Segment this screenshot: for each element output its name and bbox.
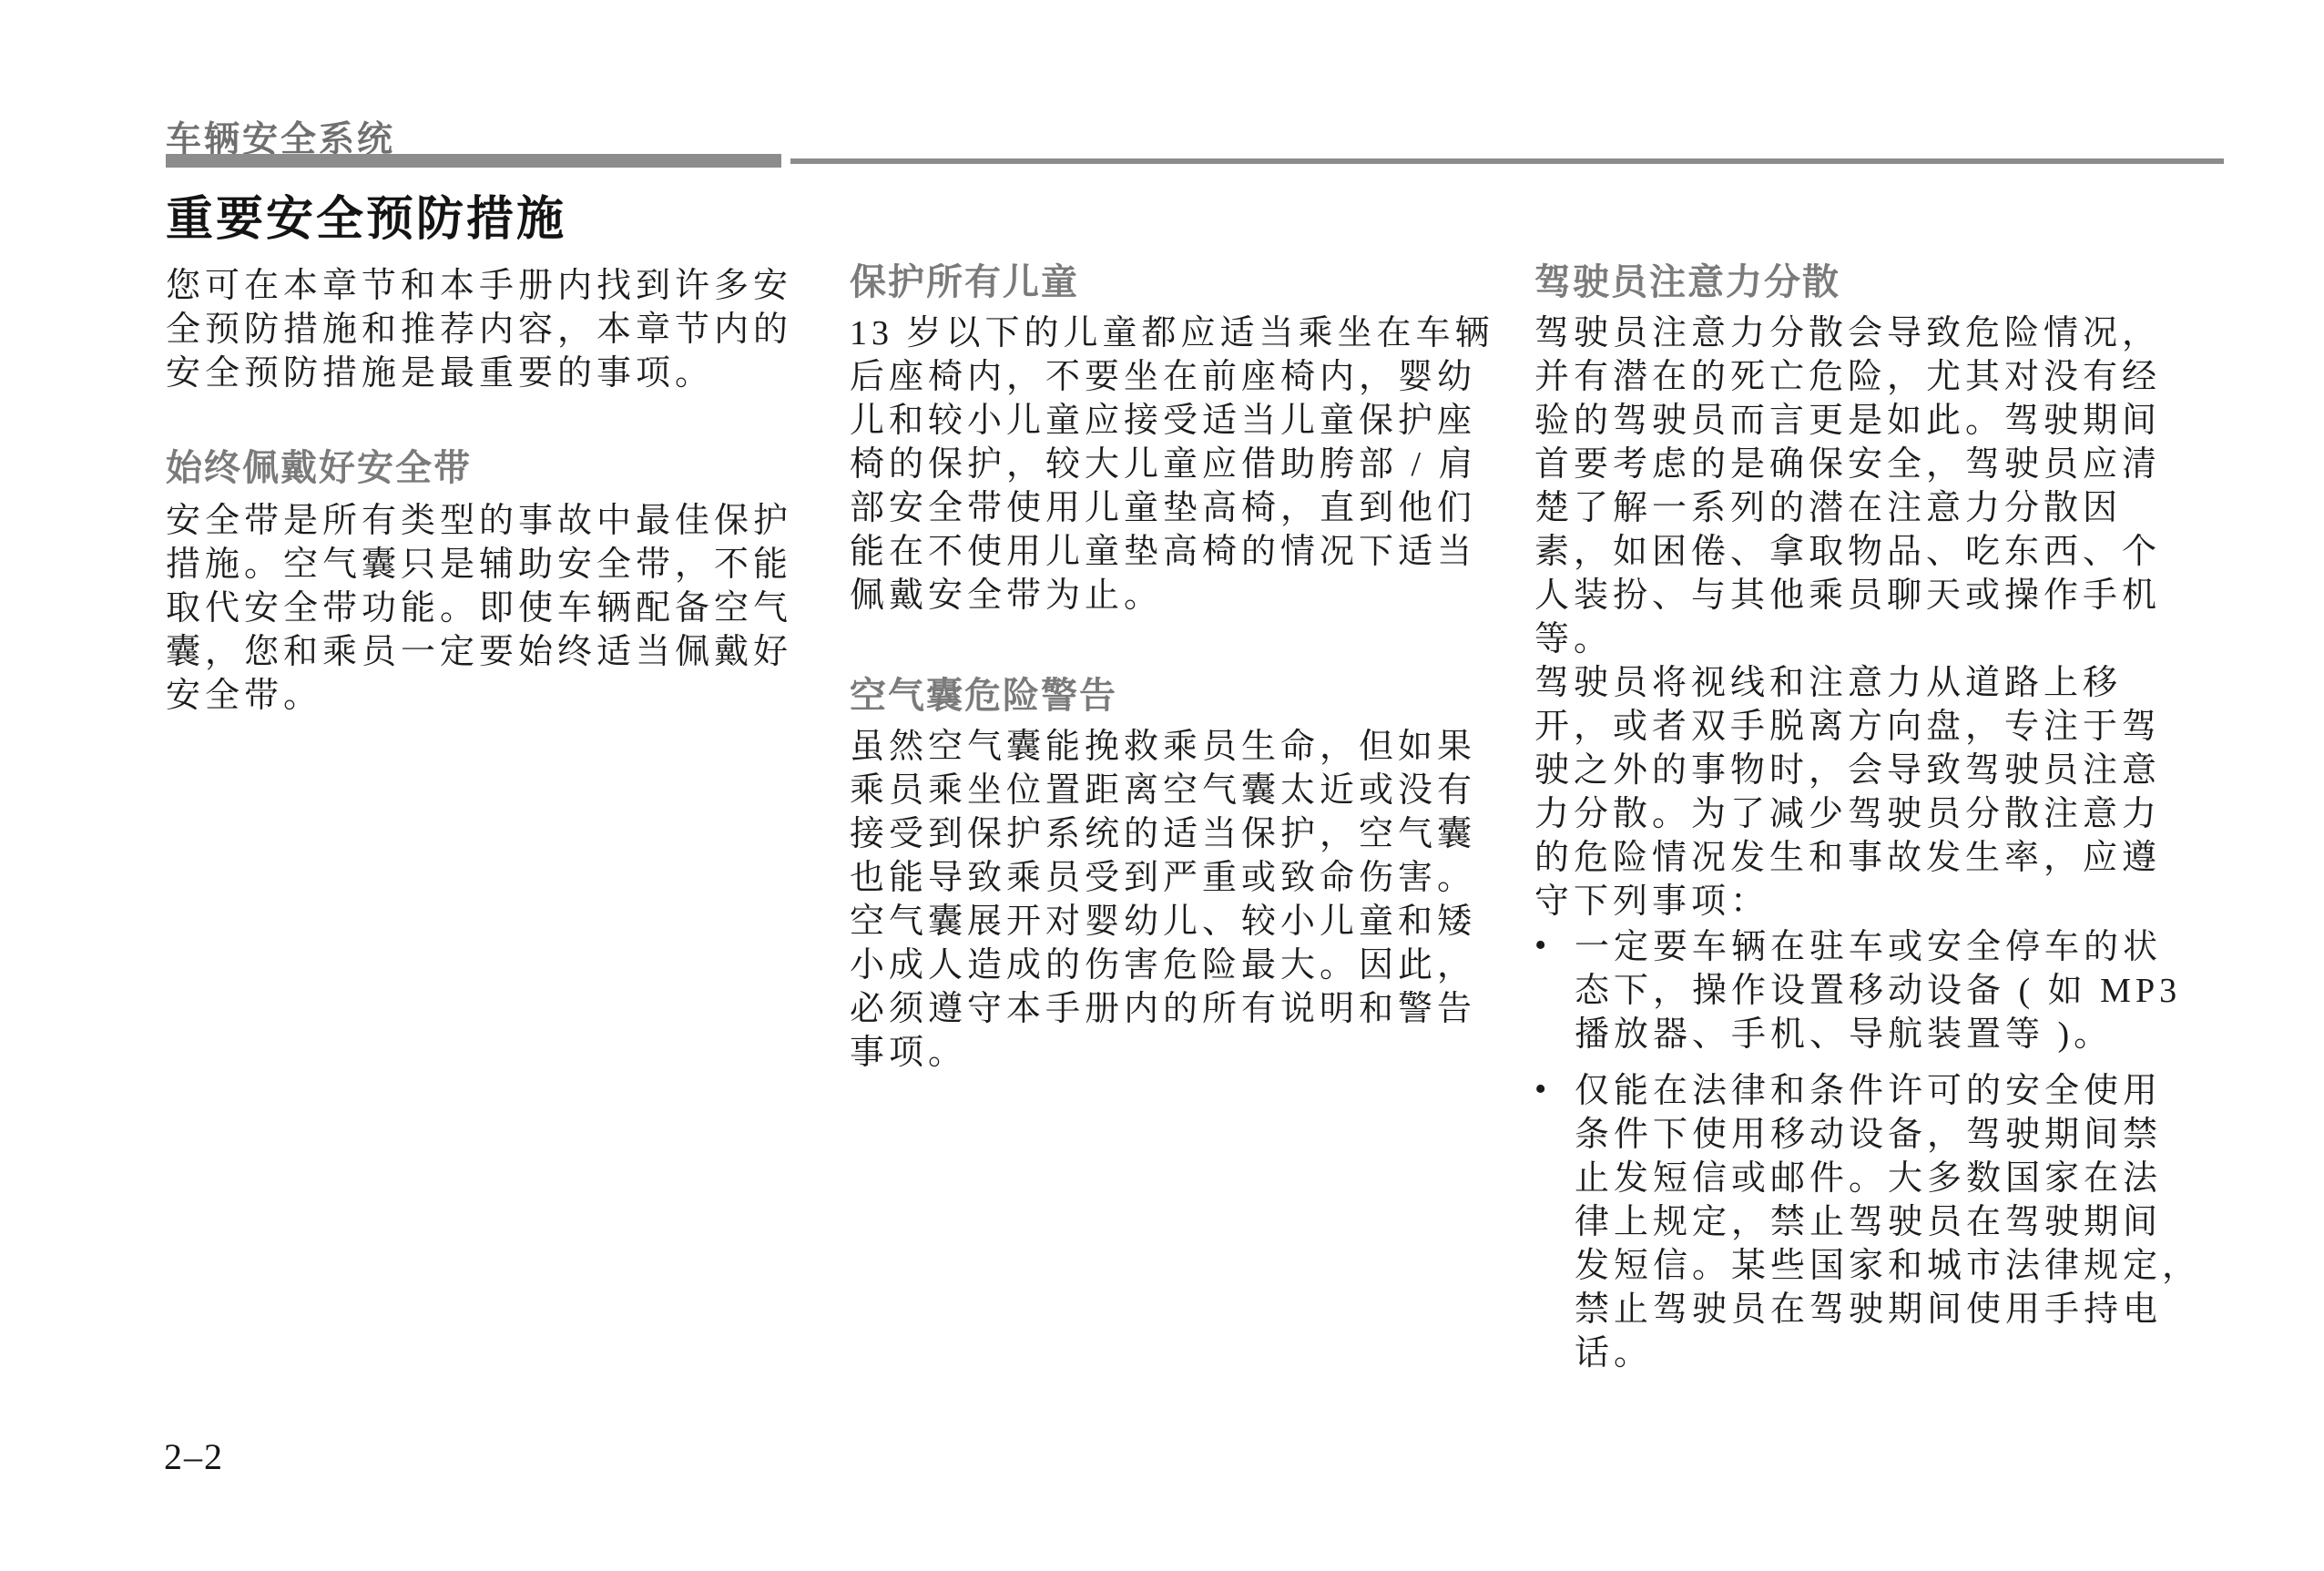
distraction-paragraph-2: 驾驶员将视线和注意力从道路上移 开，或者双手脱离方向盘，专注于驾 驶之外的事物时… bbox=[1534, 661, 2199, 923]
header-rule-thin bbox=[790, 158, 2224, 164]
section-heading-seatbelt: 始终佩戴好安全带 bbox=[166, 439, 472, 491]
intro-paragraph: 您可在本章节和本手册内找到许多安 全预防措施和推荐内容，本章节内的 安全预防措施… bbox=[166, 264, 821, 395]
section-heading-children: 保护所有儿童 bbox=[850, 253, 1079, 305]
distraction-paragraph-1: 驾驶员注意力分散会导致危险情况， 并有潜在的死亡危险，尤其对没有经 验的驾驶员而… bbox=[1534, 311, 2199, 661]
list-item: • 一定要车辆在驻车或安全停车的状 态下，操作设置移动设备 ( 如 MP3 播放… bbox=[1533, 925, 2211, 1056]
header-rule-thick bbox=[166, 154, 781, 168]
children-paragraph: 13 岁以下的儿童都应适当乘坐在车辆 后座椅内，不要坐在前座椅内，婴幼 儿和较小… bbox=[850, 311, 1514, 617]
seatbelt-paragraph: 安全带是所有类型的事故中最佳保护 措施。空气囊只是辅助安全带，不能 取代安全带功… bbox=[166, 499, 821, 718]
airbag-paragraph: 虽然空气囊能挽救乘员生命，但如果 乘员乘坐位置距离空气囊太近或没有 接受到保护系… bbox=[850, 725, 1514, 1075]
section-heading-distraction: 驾驶员注意力分散 bbox=[1534, 253, 1840, 305]
page-number: 2–2 bbox=[164, 1435, 224, 1478]
list-item: • 仅能在法律和条件许可的安全使用 条件下使用移动设备，驾驶期间禁 止发短信或邮… bbox=[1533, 1069, 2211, 1375]
manual-page: 车辆安全系统 重要安全预防措施 您可在本章节和本手册内找到许多安 全预防措施和推… bbox=[0, 0, 2324, 1571]
bullet-icon: • bbox=[1534, 923, 1546, 967]
section-heading-airbag: 空气囊危险警告 bbox=[850, 667, 1117, 719]
page-title: 重要安全预防措施 bbox=[166, 180, 566, 249]
bullet-text: 一定要车辆在驻车或安全停车的状 态下，操作设置移动设备 ( 如 MP3 播放器、… bbox=[1575, 925, 2211, 1056]
driver-distraction-list: • 一定要车辆在驻车或安全停车的状 态下，操作设置移动设备 ( 如 MP3 播放… bbox=[1533, 925, 2211, 1388]
bullet-icon: • bbox=[1534, 1067, 1546, 1111]
bullet-text: 仅能在法律和条件许可的安全使用 条件下使用移动设备，驾驶期间禁 止发短信或邮件。… bbox=[1575, 1069, 2211, 1375]
